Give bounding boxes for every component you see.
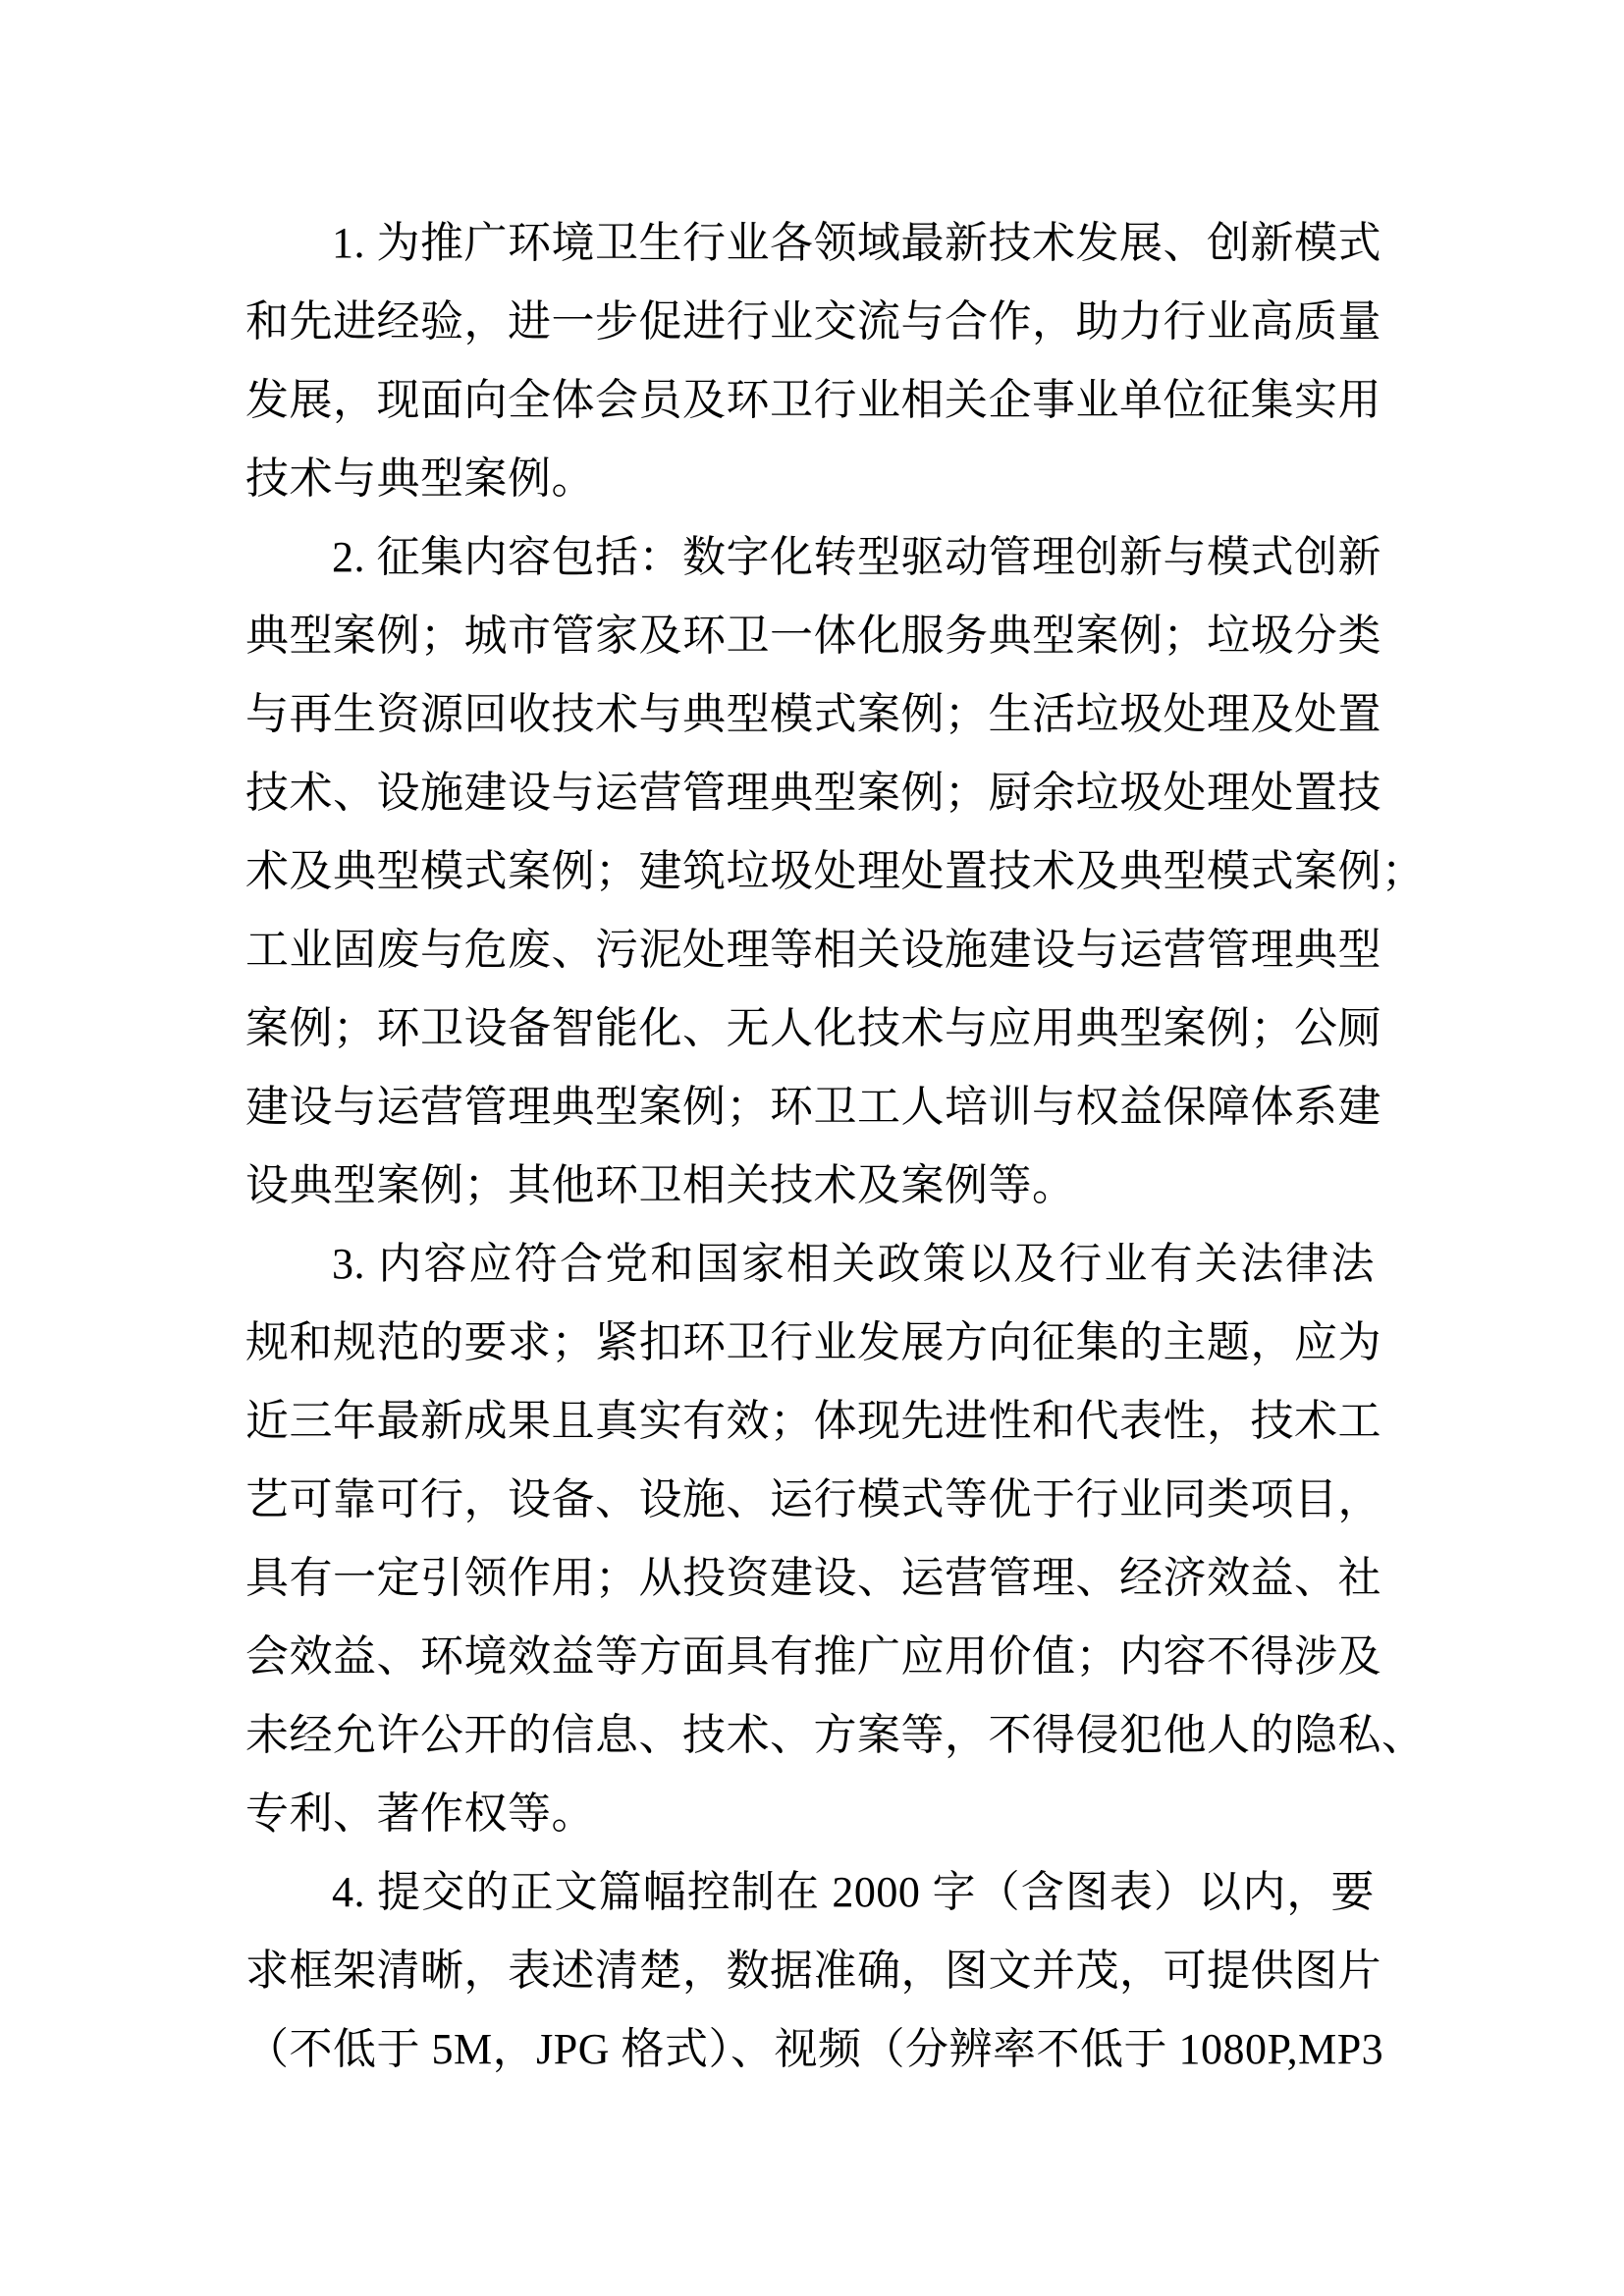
text-line: 1. 为推广环境卫生行业各领域最新技术发展、创新模式 [245, 204, 1375, 283]
text-line: 工业固废与危废、污泥处理等相关设施建设与运营管理典型 [245, 911, 1375, 989]
text-line: 近三年最新成果且真实有效；体现先进性和代表性，技术工 [245, 1382, 1375, 1461]
text-line: 和先进经验，进一步促进行业交流与合作，助力行业高质量 [245, 283, 1375, 361]
text-line: （不低于 5M，JPG 格式）、视频（分辨率不低于 1080P,MP3 [245, 2010, 1375, 2089]
document-page: 1. 为推广环境卫生行业各领域最新技术发展、创新模式和先进经验，进一步促进行业交… [0, 0, 1624, 2296]
paragraph: 4. 提交的正文篇幅控制在 2000 字（含图表）以内，要求框架清晰，表述清楚，… [245, 1853, 1375, 2089]
text-line: 未经允许公开的信息、技术、方案等，不得侵犯他人的隐私、 [245, 1696, 1375, 1775]
text-line: 技术、设施建设与运营管理典型案例；厨余垃圾处理处置技 [245, 754, 1375, 832]
text-line: 会效益、环境效益等方面具有推广应用价值；内容不得涉及 [245, 1618, 1375, 1696]
text-line: 2. 征集内容包括：数字化转型驱动管理创新与模式创新 [245, 518, 1375, 597]
text-line: 求框架清晰，表述清楚，数据准确，图文并茂，可提供图片 [245, 1932, 1375, 2010]
paragraph: 3. 内容应符合党和国家相关政策以及行业有关法律法规和规范的要求；紧扣环卫行业发… [245, 1225, 1375, 1853]
text-line: 发展，现面向全体会员及环卫行业相关企事业单位征集实用 [245, 361, 1375, 440]
text-line: 3. 内容应符合党和国家相关政策以及行业有关法律法 [245, 1225, 1375, 1304]
text-line: 艺可靠可行，设备、设施、运行模式等优于行业同类项目， [245, 1461, 1375, 1539]
text-line: 与再生资源回收技术与典型模式案例；生活垃圾处理及处置 [245, 675, 1375, 754]
paragraph: 2. 征集内容包括：数字化转型驱动管理创新与模式创新典型案例；城市管家及环卫一体… [245, 518, 1375, 1225]
text-line: 术及典型模式案例；建筑垃圾处理处置技术及典型模式案例； [245, 832, 1375, 911]
text-line: 技术与典型案例。 [245, 440, 1375, 518]
text-line: 案例；环卫设备智能化、无人化技术与应用典型案例；公厕 [245, 989, 1375, 1068]
text-block: 1. 为推广环境卫生行业各领域最新技术发展、创新模式和先进经验，进一步促进行业交… [245, 204, 1375, 2089]
text-line: 规和规范的要求；紧扣环卫行业发展方向征集的主题，应为 [245, 1304, 1375, 1382]
text-line: 典型案例；城市管家及环卫一体化服务典型案例；垃圾分类 [245, 597, 1375, 675]
text-line: 建设与运营管理典型案例；环卫工人培训与权益保障体系建 [245, 1068, 1375, 1147]
text-line: 设典型案例；其他环卫相关技术及案例等。 [245, 1147, 1375, 1225]
text-line: 4. 提交的正文篇幅控制在 2000 字（含图表）以内，要 [245, 1853, 1375, 1932]
text-line: 专利、著作权等。 [245, 1775, 1375, 1853]
paragraph: 1. 为推广环境卫生行业各领域最新技术发展、创新模式和先进经验，进一步促进行业交… [245, 204, 1375, 518]
text-line: 具有一定引领作用；从投资建设、运营管理、经济效益、社 [245, 1539, 1375, 1618]
